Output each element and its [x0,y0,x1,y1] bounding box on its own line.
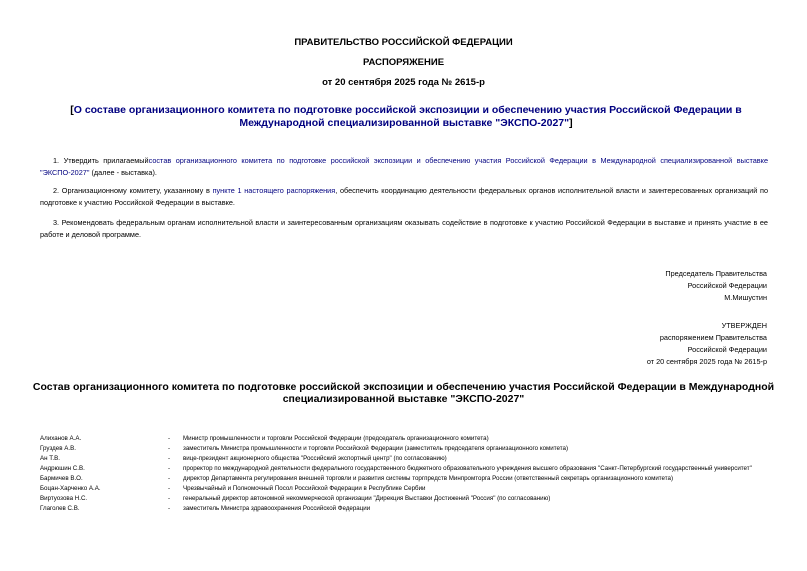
member-row: Виртуозова Н.С.-генеральный директор авт… [40,494,780,504]
member-dash: - [168,474,183,484]
clause-1-link[interactable]: пункте 1 настоящего распоряжения [213,186,336,195]
signature-name: М.Мишустин [665,292,767,304]
paragraph-1: 1. Утвердить прилагаемыйсостав организац… [40,155,768,179]
member-row: Андрюшин С.В.-проректор по международной… [40,464,780,474]
member-position: Чрезвычайный и Полномочный Посол Российс… [183,484,780,494]
member-dash: - [168,464,183,474]
member-dash: - [168,484,183,494]
government-heading: ПРАВИТЕЛЬСТВО РОССИЙСКОЙ ФЕДЕРАЦИИ [0,37,807,48]
approval-country: Российской Федерации [647,344,767,356]
approval-by: распоряжением Правительства [647,332,767,344]
member-dash: - [168,504,183,514]
member-row: Ан Т.В.-вице-президент акционерного обще… [40,454,780,464]
paragraph-1-prefix: 1. Утвердить прилагаемый [53,156,149,165]
member-name: Бармичев В.О. [40,474,168,484]
member-row: Бармичев В.О.-директор Департамента регу… [40,474,780,484]
member-name: Груздев А.В. [40,444,168,454]
member-position: Министр промышленности и торговли Россий… [183,434,780,444]
approval-date: от 20 сентября 2025 года № 2615-р [647,356,767,368]
title-link[interactable]: О составе организационного комитета по п… [74,104,742,129]
member-dash: - [168,454,183,464]
paragraph-3: 3. Рекомендовать федеральным органам исп… [40,217,768,241]
member-row: Боцан-Харченко А.А.-Чрезвычайный и Полно… [40,484,780,494]
member-position: заместитель Министра здравоохранения Рос… [183,504,780,514]
member-name: Андрюшин С.В. [40,464,168,474]
member-position: заместитель Министра промышленности и то… [183,444,780,454]
members-list: Алиханов А.А.-Министр промышленности и т… [40,434,780,514]
signature-title: Председатель Правительства [665,268,767,280]
title-close-bracket: ] [569,117,573,129]
signature-country: Российской Федерации [665,280,767,292]
member-dash: - [168,444,183,454]
member-position: вице-президент акционерного общества "Ро… [183,454,780,464]
member-position: проректор по международной деятельности … [183,464,780,474]
member-position: директор Департамента регулирования внеш… [183,474,780,484]
member-position: генеральный директор автономной некоммер… [183,494,780,504]
document-date-number: от 20 сентября 2025 года № 2615-р [0,77,807,88]
member-row: Глаголев С.В.-заместитель Министра здрав… [40,504,780,514]
member-name: Боцан-Харченко А.А. [40,484,168,494]
paragraph-1-suffix: (далее - выставка). [89,168,156,177]
member-name: Алиханов А.А. [40,434,168,444]
member-name: Виртуозова Н.С. [40,494,168,504]
member-name: Ан Т.В. [40,454,168,464]
member-row: Груздев А.В.-заместитель Министра промыш… [40,444,780,454]
paragraph-2: 2. Организационному комитету, указанному… [40,185,768,209]
approval-label: УТВЕРЖДЕН [647,320,767,332]
paragraph-2-prefix: 2. Организационному комитету, указанному… [53,186,213,195]
member-row: Алиханов А.А.-Министр промышленности и т… [40,434,780,444]
document-type: РАСПОРЯЖЕНИЕ [0,57,807,68]
document-title: [О составе организационного комитета по … [70,104,742,130]
member-name: Глаголев С.В. [40,504,168,514]
member-dash: - [168,494,183,504]
approval-block: УТВЕРЖДЕН распоряжением Правительства Ро… [647,320,767,368]
signature-block: Председатель Правительства Российской Фе… [665,268,767,304]
composition-heading: Состав организационного комитета по подг… [30,381,777,405]
member-dash: - [168,434,183,444]
